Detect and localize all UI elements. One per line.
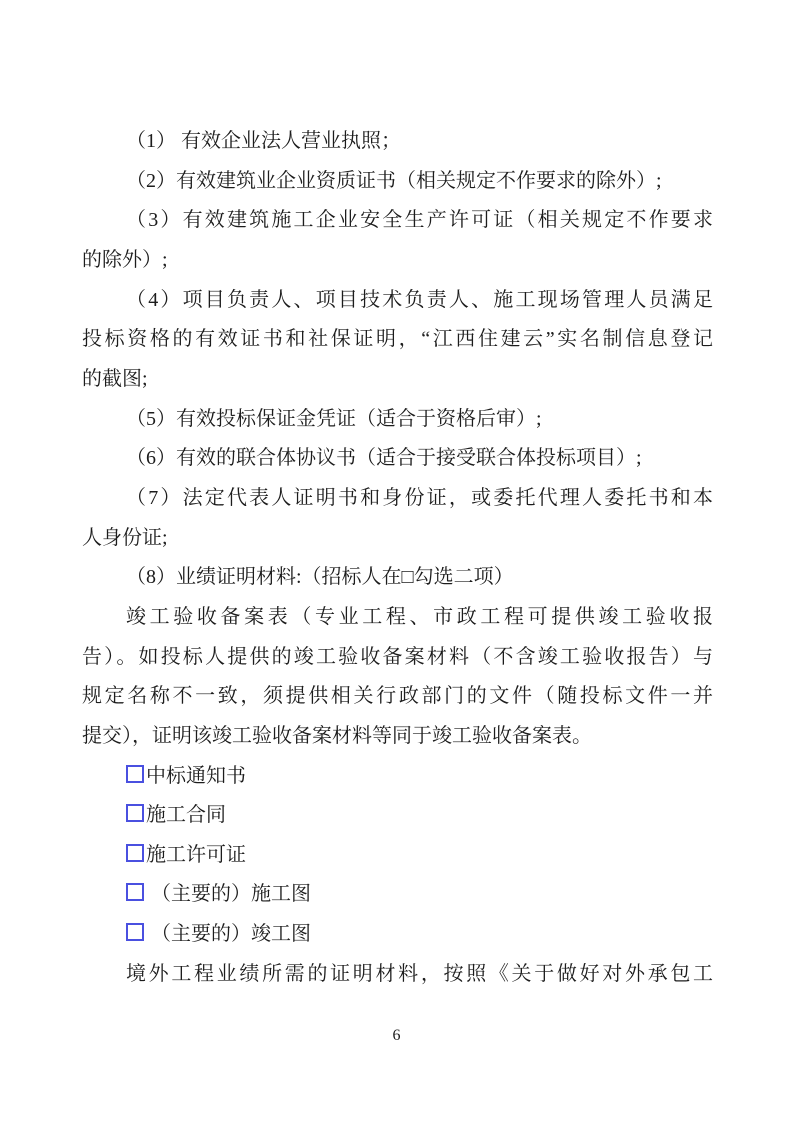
line-text: 施工许可证: [146, 844, 246, 866]
text-line: （7）法定代表人证明书和身份证，或委托代理人委托书和本: [82, 479, 713, 519]
text-line: （5）有效投标保证金凭证（适合于资格后审）;: [82, 400, 713, 440]
line-text: 中标通知书: [146, 765, 246, 787]
line-text: 规定名称不一致，须提供相关行政部门的文件（随投标文件一并: [82, 685, 713, 707]
text-line: 规定名称不一致，须提供相关行政部门的文件（随投标文件一并: [82, 677, 713, 717]
text-line: 竣工验收备案表（专业工程、市政工程可提供竣工验收报: [82, 598, 713, 638]
line-text: 施工合同: [146, 804, 226, 826]
text-line: 人身份证;: [82, 519, 713, 559]
line-text: 告）。如投标人提供的竣工验收备案材料（不含竣工验收报告）与: [82, 646, 713, 668]
checkbox[interactable]: [126, 804, 144, 822]
line-text: （5）有效投标保证金凭证（适合于资格后审）;: [126, 408, 542, 430]
text-line: （4）项目负责人、项目技术负责人、施工现场管理人员满足: [82, 281, 713, 321]
line-text: （6）有效的联合体协议书（适合于接受联合体投标项目）;: [126, 447, 642, 469]
text-line: （6）有效的联合体协议书（适合于接受联合体投标项目）;: [82, 439, 713, 479]
text-line: 告）。如投标人提供的竣工验收备案材料（不含竣工验收报告）与: [82, 638, 713, 678]
line-text: 竣工验收备案表（专业工程、市政工程可提供竣工验收报: [126, 606, 713, 628]
line-text: 境外工程业绩所需的证明材料，按照《关于做好对外承包工: [126, 963, 713, 985]
line-text: （4）项目负责人、项目技术负责人、施工现场管理人员满足: [126, 289, 713, 311]
text-line: 的截图;: [82, 360, 713, 400]
line-text: （2）有效建筑业企业资质证书（相关规定不作要求的除外）;: [126, 170, 662, 192]
text-line: （8）业绩证明材料:（招标人在□勾选二项）: [82, 558, 713, 598]
line-text: （主要的）施工图: [146, 883, 311, 905]
line-text: 人身份证;: [82, 527, 168, 549]
checkbox[interactable]: [126, 883, 144, 901]
checkbox[interactable]: [126, 765, 144, 783]
checklist-line: （主要的）竣工图: [82, 915, 713, 955]
line-text: （1） 有效企业法人营业执照；: [126, 130, 401, 152]
checklist-line: 中标通知书: [82, 757, 713, 797]
text-block: （1） 有效企业法人营业执照；（2）有效建筑业企业资质证书（相关规定不作要求的除…: [82, 122, 713, 994]
line-text: 的除外）;: [82, 249, 168, 271]
document-page: （1） 有效企业法人营业执照；（2）有效建筑业企业资质证书（相关规定不作要求的除…: [0, 0, 793, 1122]
text-line: 的除外）;: [82, 241, 713, 281]
page-number: 6: [0, 1026, 793, 1046]
line-text: （主要的）竣工图: [146, 923, 311, 945]
checklist-line: 施工许可证: [82, 836, 713, 876]
checkbox[interactable]: [126, 923, 144, 941]
text-line: 提交），证明该竣工验收备案材料等同于竣工验收备案表。: [82, 717, 713, 757]
line-text: 提交），证明该竣工验收备案材料等同于竣工验收备案表。: [82, 725, 592, 747]
text-line: （1） 有效企业法人营业执照；: [82, 122, 713, 162]
text-line: 境外工程业绩所需的证明材料，按照《关于做好对外承包工: [82, 955, 713, 995]
line-text: 投标资格的有效证书和社保证明，“江西住建云”实名制信息登记: [82, 328, 713, 350]
text-line: （2）有效建筑业企业资质证书（相关规定不作要求的除外）;: [82, 162, 713, 202]
checklist-line: （主要的）施工图: [82, 875, 713, 915]
line-text: （8）业绩证明材料:（招标人在□勾选二项）: [126, 566, 514, 588]
line-text: （7）法定代表人证明书和身份证，或委托代理人委托书和本: [126, 487, 713, 509]
checklist-line: 施工合同: [82, 796, 713, 836]
line-text: 的截图;: [82, 368, 148, 390]
checkbox[interactable]: [126, 844, 144, 862]
line-text: （3）有效建筑施工企业安全生产许可证（相关规定不作要求: [126, 209, 713, 231]
text-line: 投标资格的有效证书和社保证明，“江西住建云”实名制信息登记: [82, 320, 713, 360]
text-line: （3）有效建筑施工企业安全生产许可证（相关规定不作要求: [82, 201, 713, 241]
